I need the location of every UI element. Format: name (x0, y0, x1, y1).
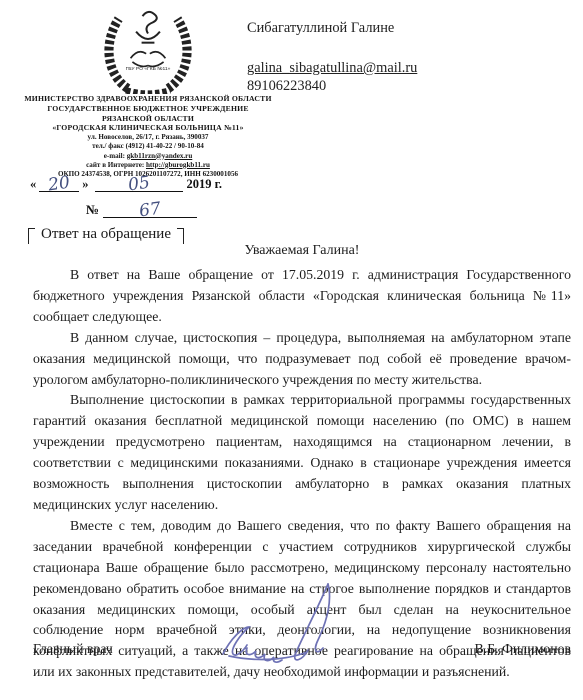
recipient-name: Сибагатуллиной Галине (247, 20, 417, 37)
recipient-phone: 89106223840 (247, 78, 417, 95)
signoff-name: В.Б. Филимонов (475, 641, 571, 657)
handwritten-number: 67 (138, 199, 162, 222)
org-email-label: e-mail: (104, 152, 127, 160)
body-paragraph: В данном случае, цистоскопия – процедура… (33, 328, 571, 391)
org-name-line: «ГОРОДСКАЯ КЛИНИЧЕСКАЯ БОЛЬНИЦА №11» (2, 123, 294, 133)
quote-open: « (30, 177, 36, 191)
number-label: № (86, 202, 99, 217)
recipient-block: Сибагатуллиной Галине galina_sibagatulli… (247, 20, 417, 95)
org-name-line: ГОСУДАРСТВЕННОЕ БЮДЖЕТНОЕ УЧРЕЖДЕНИЕ (2, 104, 294, 114)
date-line: «20»052019 г. (30, 176, 222, 192)
corner-bracket-right-icon (177, 228, 184, 244)
org-site-line: сайт в Интернете: http://gburogkb11.ru (2, 161, 294, 170)
emblem-band-text: ГБУ РО «ГКБ №11» (126, 66, 171, 72)
org-name-line: МИНИСТЕРСТВО ЗДРАВООХРАНЕНИЯ РЯЗАНСКОЙ О… (2, 94, 294, 104)
subject-line: Ответ на обращение (28, 226, 184, 244)
number-line: №67 (86, 202, 197, 218)
recipient-email: galina_sibagatullina@mail.ru (247, 60, 417, 77)
signoff-position: Главный врач (33, 641, 113, 657)
date-month-blank: 05 (95, 176, 183, 192)
hospital-emblem-icon: ГБУ РО «ГКБ №11» (86, 6, 210, 94)
quote-close: » (82, 177, 88, 191)
org-name-line: РЯЗАНСКОЙ ОБЛАСТИ (2, 114, 294, 124)
corner-bracket-left-icon (28, 228, 35, 244)
org-address-line: ул. Новоселов, 26/17, г. Рязань, 390037 (2, 133, 294, 142)
org-site-link: http://gburogkb11.ru (146, 161, 210, 169)
org-email-link: gkb11rzn@yandex.ru (127, 152, 193, 160)
date-day-blank: 20 (39, 176, 79, 192)
handwritten-signature (215, 582, 380, 674)
greeting: Уважаемая Галина! (33, 243, 571, 259)
handwritten-month: 05 (126, 173, 150, 196)
handwritten-day: 20 (47, 173, 71, 196)
org-phone-line: тел./ факс (4912) 41-40-22 / 90-10-84 (2, 142, 294, 151)
org-email-line: e-mail: gkb11rzn@yandex.ru (2, 152, 294, 161)
subject-text: Ответ на обращение (41, 226, 171, 243)
org-site-label: сайт в Интернете: (86, 161, 146, 169)
scanned-letter-page: ГБУ РО «ГКБ №11» МИНИСТЕРСТВО ЗДРАВООХРА… (0, 0, 583, 700)
year-suffix: 2019 г. (187, 177, 223, 191)
signoff-row: Главный врач В.Б. Филимонов (33, 641, 571, 657)
number-blank: 67 (103, 202, 197, 218)
body-paragraph: В ответ на Ваше обращение от 17.05.2019 … (33, 265, 571, 328)
body-paragraph: Выполнение цистоскопии в рамках территор… (33, 390, 571, 515)
